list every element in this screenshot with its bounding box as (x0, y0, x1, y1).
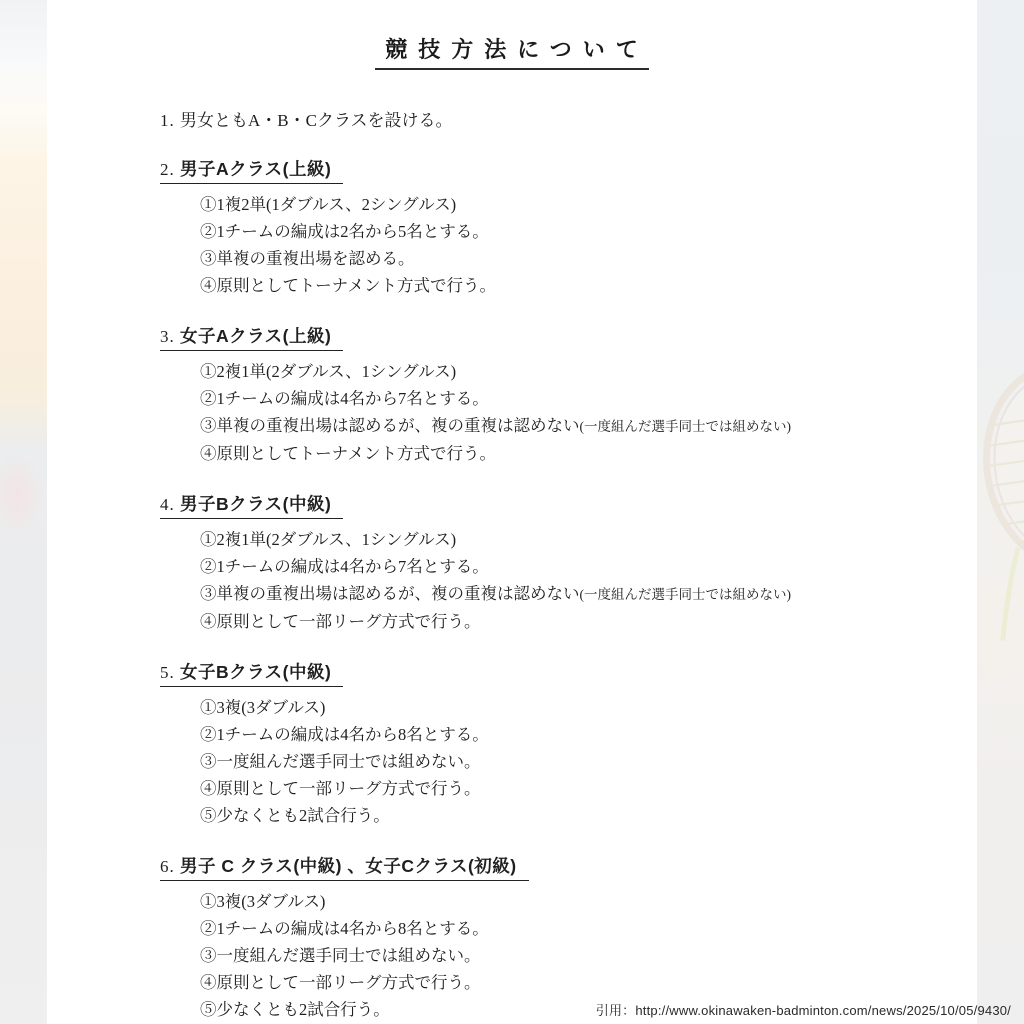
sub-item: ④原則としてトーナメント方式で行う。 (200, 272, 937, 299)
list-item: 2. 男子Aクラス(上級)①1複2単(1ダブルス、2シングルス)②1チームの編成… (160, 158, 937, 299)
item-heading: 5. 女子Bクラス(中級) (160, 661, 343, 687)
list-item: 1. 男女ともA・B・Cクラスを設ける。 (160, 110, 937, 132)
item-number: 5. (160, 663, 180, 682)
sub-item-text: ②1チームの編成は4名から8名とする。 (200, 725, 489, 744)
sub-item: ②1チームの編成は4名から7名とする。 (200, 385, 937, 412)
sub-item: ③一度組んだ選手同士では組めない。 (200, 748, 937, 775)
sub-item: ③単複の重複出場は認めるが、複の重複は認めない(一度組んだ選手同士では組めない) (200, 580, 937, 608)
sub-item-text: ④原則として一部リーグ方式で行う。 (200, 612, 481, 631)
item-heading: 2. 男子Aクラス(上級) (160, 158, 343, 184)
sub-item: ②1チームの編成は4名から7名とする。 (200, 553, 937, 580)
sub-item: ①2複1単(2ダブルス、1シングルス) (200, 358, 937, 385)
sub-item-note: (一度組んだ選手同士では組めない) (580, 587, 792, 602)
sub-item: ⑤少なくとも2試合行う。 (200, 802, 937, 829)
title-row: 競技方法について (47, 0, 977, 70)
item-heading-text: 男子Aクラス(上級) (180, 159, 331, 179)
item-heading: 1. 男女ともA・B・Cクラスを設ける。 (160, 110, 937, 132)
item-heading: 6. 男子 C クラス(中級) 、女子Cクラス(初級) (160, 855, 529, 881)
sub-item: ①3複(3ダブルス) (200, 888, 937, 915)
sub-item-text: ①3複(3ダブルス) (200, 698, 325, 717)
sub-item: ④原則としてトーナメント方式で行う。 (200, 440, 937, 467)
item-number: 2. (160, 160, 180, 179)
list-item: 3. 女子Aクラス(上級)①2複1単(2ダブルス、1シングルス)②1チームの編成… (160, 325, 937, 467)
sub-item: ①1複2単(1ダブルス、2シングルス) (200, 191, 937, 218)
sub-item-text: ④原則としてトーナメント方式で行う。 (200, 444, 496, 463)
sub-item: ③単複の重複出場を認める。 (200, 245, 937, 272)
list-item: 4. 男子Bクラス(中級)①2複1単(2ダブルス、1シングルス)②1チームの編成… (160, 493, 937, 635)
sub-items: ①2複1単(2ダブルス、1シングルス)②1チームの編成は4名から7名とする。③単… (200, 358, 937, 467)
background-blur-blob (0, 440, 52, 550)
list-item: 6. 男子 C クラス(中級) 、女子Cクラス(初級)①3複(3ダブルス)②1チ… (160, 855, 937, 1023)
sub-item-text: ④原則として一部リーグ方式で行う。 (200, 779, 481, 798)
sub-item-text: ③単複の重複出場は認めるが、複の重複は認めない (200, 584, 580, 603)
items-list: 1. 男女ともA・B・Cクラスを設ける。2. 男子Aクラス(上級)①1複2単(1… (47, 110, 977, 1023)
sub-item: ②1チームの編成は4名から8名とする。 (200, 721, 937, 748)
item-heading-text: 男子Bクラス(中級) (180, 494, 331, 514)
sub-item: ①3複(3ダブルス) (200, 694, 937, 721)
background-left-band (0, 0, 47, 1024)
item-number: 1. (160, 111, 180, 130)
item-heading-text: 女子Bクラス(中級) (180, 662, 331, 682)
source-citation: 引用：http://www.okinawaken-badminton.com/n… (596, 1000, 1011, 1019)
sub-item: ②1チームの編成は2名から5名とする。 (200, 218, 937, 245)
sub-item-text: ①2複1単(2ダブルス、1シングルス) (200, 530, 456, 549)
sub-item: ④原則として一部リーグ方式で行う。 (200, 608, 937, 635)
item-heading: 3. 女子Aクラス(上級) (160, 325, 343, 351)
item-heading: 4. 男子Bクラス(中級) (160, 493, 343, 519)
sub-item: ①2複1単(2ダブルス、1シングルス) (200, 526, 937, 553)
sub-item-text: ④原則として一部リーグ方式で行う。 (200, 973, 481, 992)
sub-item-text: ③単複の重複出場は認めるが、複の重複は認めない (200, 416, 580, 435)
item-heading-text: 男女ともA・B・Cクラスを設ける。 (180, 111, 452, 130)
sub-item-text: ②1チームの編成は2名から5名とする。 (200, 222, 489, 241)
document-title: 競技方法について (375, 33, 649, 70)
sub-item-text: ①1複2単(1ダブルス、2シングルス) (200, 195, 456, 214)
sub-items: ①1複2単(1ダブルス、2シングルス)②1チームの編成は2名から5名とする。③単… (200, 191, 937, 299)
sub-items: ①3複(3ダブルス)②1チームの編成は4名から8名とする。③一度組んだ選手同士で… (200, 694, 937, 829)
sub-item-text: ④原則としてトーナメント方式で行う。 (200, 276, 496, 295)
item-number: 6. (160, 857, 180, 876)
sub-item: ④原則として一部リーグ方式で行う。 (200, 775, 937, 802)
sub-item: ③一度組んだ選手同士では組めない。 (200, 942, 937, 969)
sub-items: ①2複1単(2ダブルス、1シングルス)②1チームの編成は4名から7名とする。③単… (200, 526, 937, 635)
sub-item-text: ②1チームの編成は4名から7名とする。 (200, 389, 489, 408)
item-number: 4. (160, 495, 180, 514)
sub-item-text: ①2複1単(2ダブルス、1シングルス) (200, 362, 456, 381)
sub-item-text: ⑤少なくとも2試合行う。 (200, 1000, 390, 1019)
sub-item-note: (一度組んだ選手同士では組めない) (580, 419, 792, 434)
list-item: 5. 女子Bクラス(中級)①3複(3ダブルス)②1チームの編成は4名から8名とす… (160, 661, 937, 829)
sub-item-text: ①3複(3ダブルス) (200, 892, 325, 911)
sub-item: ③単複の重複出場は認めるが、複の重複は認めない(一度組んだ選手同士では組めない) (200, 412, 937, 440)
item-heading-text: 男子 C クラス(中級) 、女子Cクラス(初級) (180, 856, 517, 876)
sub-item: ②1チームの編成は4名から8名とする。 (200, 915, 937, 942)
sub-item-text: ⑤少なくとも2試合行う。 (200, 806, 390, 825)
item-heading-text: 女子Aクラス(上級) (180, 326, 331, 346)
background-right-band (977, 0, 1024, 1024)
document: 競技方法について 1. 男女ともA・B・Cクラスを設ける。2. 男子Aクラス(上… (47, 0, 977, 1024)
sub-item-text: ②1チームの編成は4名から8名とする。 (200, 919, 489, 938)
sub-item-text: ③一度組んだ選手同士では組めない。 (200, 946, 481, 965)
item-number: 3. (160, 327, 180, 346)
sub-item-text: ②1チームの編成は4名から7名とする。 (200, 557, 489, 576)
sub-item: ④原則として一部リーグ方式で行う。 (200, 969, 937, 996)
sub-item-text: ③単複の重複出場を認める。 (200, 249, 415, 268)
badminton-racket-icon (977, 355, 1024, 775)
sub-item-text: ③一度組んだ選手同士では組めない。 (200, 752, 481, 771)
